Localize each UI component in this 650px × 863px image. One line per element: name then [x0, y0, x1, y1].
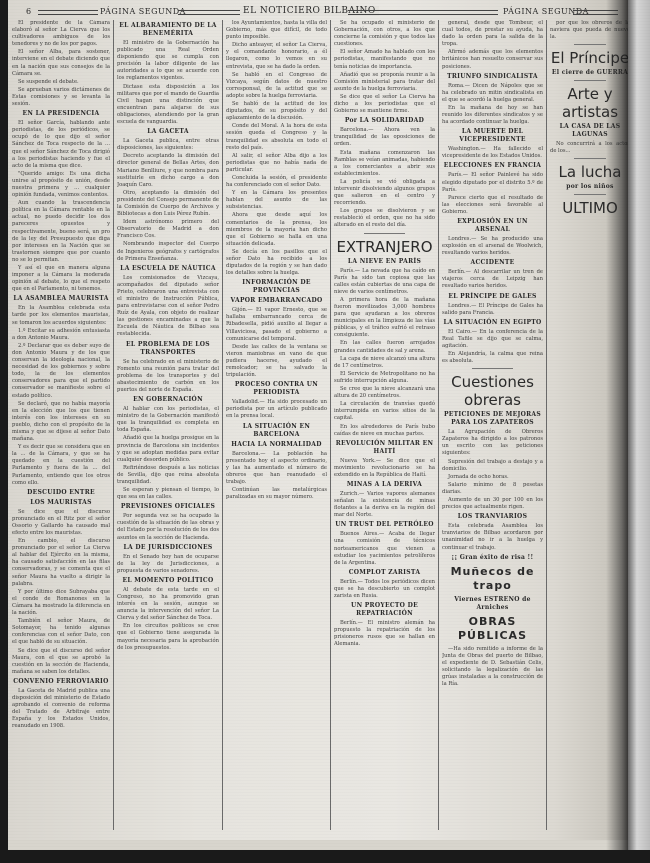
article-paragraph: La Gaceta publica, entre otras disposici… — [117, 138, 219, 152]
article-headline: ¡¡ Gran éxito de risa !! — [442, 554, 543, 562]
article-paragraph: Aun cuando la trascendencia política en … — [12, 200, 110, 264]
page-number: 6 — [26, 7, 31, 16]
article-paragraph: 2.º Declarar que es deber suyo de don An… — [12, 343, 110, 400]
article-paragraph: Idem astrónomo primero del Observatorio … — [117, 219, 219, 240]
article-paragraph: Por segunda vez se ha ocupado la cuestió… — [117, 513, 219, 541]
article-paragraph: Se decía en los pasillos que el señor Da… — [226, 249, 327, 277]
article-paragraph: El Servicio de Metropolitano no ha sufri… — [334, 371, 435, 385]
column-1: El presidente de la Cámara elaboró al se… — [12, 20, 110, 840]
article-headline: EL PRÍNCIPE DE GALES — [442, 293, 543, 301]
article-paragraph: En Alejandría, la calma que reina es abs… — [442, 351, 543, 365]
article-paragraph: Y por último dice Subrayaba que el conde… — [12, 589, 110, 617]
article-paragraph: Dicho anteayer, el señor La Cierva, y el… — [226, 42, 327, 70]
article-paragraph: Se dice que el discurso del señor Maura,… — [12, 648, 110, 676]
article-paragraph: Añadió que la huelga prosigue en la prov… — [117, 435, 219, 463]
article-headline: EL ALBARAMIENTO DE LA BENEMÉRITA — [117, 22, 219, 38]
article-headline: LA SITUACIÓN EN BARCELONA — [226, 423, 327, 439]
article-paragraph: Concluida la sesión, el presidente ha co… — [226, 175, 327, 189]
article-paragraph: El Cairo.— En la conferencia de la Real … — [442, 329, 543, 350]
article-headline: Viernes ESTRENO de Arniches — [442, 596, 543, 612]
article-paragraph: Se dice que el discurso pronunciado en e… — [12, 509, 110, 537]
article-paragraph: Se dice que el señor La Cierva ha dicho … — [334, 94, 435, 115]
article-paragraph: En la Asamblea celebrada esta tarde por … — [12, 305, 110, 326]
article-headline: OBRAS PÚBLICAS — [442, 615, 543, 643]
article-paragraph: Nueva York.— Se dice que el movimiento r… — [334, 458, 435, 479]
article-paragraph: En los alrededores de París hubo caídas … — [334, 424, 435, 438]
article-paragraph: Londres.— Se ha producido una explosión … — [442, 236, 543, 257]
column-4: Se ha ocupado el ministerio de Gobernaci… — [334, 20, 435, 840]
article-paragraph: Valladolid.— Ha sido procesado un period… — [226, 399, 327, 420]
article-paragraph: Continúan las metalúrgicas paralizadas e… — [226, 487, 327, 501]
article-paragraph: También el señor Maura, de Sotomayor, ha… — [12, 618, 110, 646]
article-paragraph: Barcelona.— La población ha presentado h… — [226, 451, 327, 486]
article-paragraph: Al salir, el señor Alba dijo a los perio… — [226, 153, 327, 174]
article-paragraph: Y es decir que se considera que en la ..… — [12, 444, 110, 487]
article-paragraph: París.— El señor Painlevé ha sido elegid… — [442, 172, 543, 193]
article-paragraph: Washington.— Ha fallecido el vicepreside… — [442, 146, 543, 160]
article-headline: LA SITUACIÓN EN EGIPTO — [442, 319, 543, 327]
article-paragraph: En la mañana de hoy se han reunido los d… — [442, 105, 543, 126]
article-headline: VAPOR EMBARRANCADO — [226, 297, 327, 305]
article-headline: MINAS A LA DERIVA — [334, 481, 435, 489]
article-paragraph: 1.º Excitar su adhesión entusiasta a don… — [12, 328, 110, 342]
article-paragraph: Salario mínimo de 8 pesetas diarias. — [442, 482, 543, 496]
article-paragraph: Berlín.— Todos los periódicos dicen que … — [334, 579, 435, 600]
article-headline: ACCIDENTE — [442, 259, 543, 267]
article-headline: LA GACETA — [117, 128, 219, 136]
article-paragraph: La circulación de tranvías quedó interru… — [334, 401, 435, 422]
article-paragraph: Se declaró, que no había mayoría en la e… — [12, 401, 110, 444]
article-paragraph: La Agrupación de Obreros Zapateros ha di… — [442, 429, 543, 457]
column-divider — [546, 20, 547, 830]
article-paragraph: Esta mañana comenzaron las Ramblas se ve… — [334, 150, 435, 178]
masthead-rule — [348, 10, 498, 15]
article-headline: Cuestiones obreras — [442, 373, 543, 409]
article-paragraph: El señor Amado ha hablado con los period… — [334, 49, 435, 70]
article-paragraph: "Querido amigo: Es una dicha unirse al p… — [12, 171, 110, 199]
column-divider — [222, 20, 223, 830]
article-headline: LA ASAMBLEA MAURISTA — [12, 295, 110, 303]
article-paragraph: Jornada de ocho horas. — [442, 474, 543, 481]
article-headline: INFORMACIÓN DE PROVINCIAS — [226, 279, 327, 295]
newspaper-page: 6 PÁGINA SEGUNDA EL NOTICIERO BILBAINO P… — [8, 0, 650, 850]
column-divider — [330, 20, 331, 830]
masthead-rule — [38, 10, 98, 15]
article-paragraph: Aumento de un 30 por 100 en los precios … — [442, 497, 543, 511]
article-headline: Por LA SOLIDARIDAD — [334, 117, 435, 125]
article-paragraph: Gijón.— El vapor Ernesto, que se hallaba… — [226, 307, 327, 342]
article-paragraph: Berlín.— El ministro alemán ha propuesto… — [334, 620, 435, 648]
article-paragraph: En el Senado hoy han de ocuparse de la l… — [117, 554, 219, 575]
article-headline: LA MUERTE DEL VICEPRESIDENTE — [442, 128, 543, 144]
article-paragraph: Otro, aceptando la dimisión del presiden… — [117, 190, 219, 218]
article-headline: PETICIONES DE MEJORAS PARA LOS ZAPATEROS — [442, 411, 543, 427]
article-paragraph: Los comisionados de Vizcaya, acompañados… — [117, 275, 219, 339]
article-headline: REVOLUCIÓN MILITAR EN HAITÍ — [334, 440, 435, 456]
article-headline: EXTRANJERO — [334, 238, 435, 256]
article-paragraph: El presidente de la Cámara elaboró al se… — [12, 20, 110, 48]
article-paragraph: Ahora que desde aquí los comentarios de … — [226, 212, 327, 247]
article-headline: LOS TRANVIARIOS — [442, 513, 543, 521]
column-2: EL ALBARAMIENTO DE LA BENEMÉRITAEl minis… — [117, 20, 219, 840]
article-headline: EL PROBLEMA DE LOS TRANSPORTES — [117, 341, 219, 357]
article-paragraph: Al debate de esta tarde en el Congreso, … — [117, 587, 219, 622]
masthead-left-label: PÁGINA SEGUNDA — [100, 7, 186, 16]
article-paragraph: Decreto aceptando la dimisión del direct… — [117, 153, 219, 188]
article-paragraph: Añadió que se proponía reunir a la Comis… — [334, 72, 435, 93]
article-paragraph: Se ha celebrado en el ministerio de Fome… — [117, 359, 219, 394]
article-paragraph: El ministro de la Gobernación ha publica… — [117, 40, 219, 83]
column-divider — [113, 20, 114, 830]
article-headline: HACIA LA NORMALIDAD — [226, 441, 327, 449]
masthead: 6 PÁGINA SEGUNDA EL NOTICIERO BILBAINO P… — [8, 4, 650, 18]
article-paragraph: En cambio, el discurso pronunciado por e… — [12, 538, 110, 588]
article-paragraph: Los grupos se disolvieron y se restablec… — [334, 208, 435, 229]
article-paragraph: Dictase esta disposición a los militares… — [117, 84, 219, 127]
article-paragraph: los Ayuntamientos, hasta la villa del Go… — [226, 20, 327, 41]
article-paragraph: El señor Alba, para sostener, interviene… — [12, 49, 110, 77]
article-headline: Muñecos de trapo — [442, 565, 543, 593]
article-headline: CONVENIO FERROVIARIO — [12, 678, 110, 686]
article-paragraph: La Gaceta de Madrid publica una disposic… — [12, 688, 110, 731]
article-paragraph: Se habló en el Congreso de Vizcaya, segú… — [226, 72, 327, 100]
article-paragraph: Zurich.— Varios vapores alemanes señalan… — [334, 491, 435, 519]
article-paragraph: —Ha sido remitido a informe de la Junta … — [442, 646, 543, 689]
article-headline: UN PROYECTO DE REPATRIACIÓN — [334, 602, 435, 618]
article-paragraph: Conde del Moral. A la hora de esta sesió… — [226, 123, 327, 151]
article-headline: LA ESCUELA DE NÁUTICA — [117, 265, 219, 273]
article-headline: TRIUNFO SINDICALISTA — [442, 73, 543, 81]
article-paragraph: Berlín.— Al descarrilar un tren de viaje… — [442, 269, 543, 290]
article-paragraph: Esta celebrada Asamblea los tranviarios … — [442, 523, 543, 551]
article-paragraph: Parece cierto que el resultado de las el… — [442, 195, 543, 216]
article-paragraph: Se suspende el debate. — [12, 79, 110, 86]
column-3: los Ayuntamientos, hasta la villa del Go… — [226, 20, 327, 840]
article-paragraph: Afirmó además que los elementos británic… — [442, 49, 543, 70]
article-headline: ELECCIONES EN FRANCIA — [442, 162, 543, 170]
article-headline: LA DE JURISDICCIONES — [117, 544, 219, 552]
article-paragraph: A primera hora de la mañana fueron movil… — [334, 297, 435, 340]
article-paragraph: Nombrando inspector del Cuerpo de Ingeni… — [117, 241, 219, 262]
article-headline: DESCUIDO ENTRE — [12, 489, 110, 497]
article-headline: EN GOBERNACIÓN — [117, 396, 219, 404]
article-headline: EXPLOSIÓN EN UN ARSENAL — [442, 218, 543, 234]
article-paragraph: Se esperan y piensan el tiempo, lo que s… — [117, 487, 219, 501]
article-headline: EN LA PRESIDENCIA — [12, 110, 110, 118]
article-headline: EL MOMENTO POLÍTICO — [117, 577, 219, 585]
article-paragraph: Se habló de la actitud de los diputados,… — [226, 101, 327, 122]
article-headline: COMPLOT ZARISTA — [334, 569, 435, 577]
column-divider — [438, 20, 439, 830]
article-paragraph: Roma.— Dicen de Nápoles que se ha celebr… — [442, 83, 543, 104]
article-paragraph: general, desde que Tombeur, el cual todo… — [442, 20, 543, 48]
article-paragraph: Y en la Cámara los presentes hablan del … — [226, 190, 327, 211]
article-paragraph: París.— La nevada que ha caído en París … — [334, 268, 435, 296]
article-headline: PROCESO CONTRA UN PERIODISTA — [226, 381, 327, 397]
article-headline: LOS MAURISTAS — [12, 499, 110, 507]
article-paragraph: Al hablar con los periodistas, el minist… — [117, 406, 219, 434]
article-paragraph: Se cree que la nieve alcanzará una altur… — [334, 386, 435, 400]
article-paragraph: Supresión del trabajo a destajo y a domi… — [442, 459, 543, 473]
article-paragraph: Refiriéndose después a las noticias de S… — [117, 465, 219, 486]
article-paragraph: Barcelona.— Ahora ven la tranquilidad de… — [334, 127, 435, 148]
column-5: general, desde que Tombeur, el cual todo… — [442, 20, 543, 840]
article-paragraph: En las calles fueron arrojados grandes c… — [334, 340, 435, 354]
article-paragraph: Londres.— El Príncipe de Gales ha salido… — [442, 303, 543, 317]
article-paragraph: Se ha ocupado el ministerio de Gobernaci… — [334, 20, 435, 48]
article-paragraph: Buenos Aires.— Acaba de llegar una comis… — [334, 531, 435, 566]
next-page-edge — [628, 0, 650, 850]
article-headline: UN TRUST DEL PETRÓLEO — [334, 521, 435, 529]
article-paragraph: En los circuitos políticos se cree que e… — [117, 623, 219, 651]
article-headline: PREVISIONES OFICIALES — [117, 503, 219, 511]
article-paragraph: La capa de nieve alcanzó una altura de 1… — [334, 356, 435, 370]
article-paragraph: El señor García, hablando ante periodist… — [12, 120, 110, 170]
article-paragraph: Y así el que en manera alguna imponer a … — [12, 265, 110, 293]
article-headline: LA NIEVE EN PARÍS — [334, 258, 435, 266]
article-paragraph: Desde las calles de la ventana se vieron… — [226, 344, 327, 379]
article-paragraph: La policía se vió obligada a intervenir … — [334, 179, 435, 207]
article-paragraph: Se aprueban varios dictámenes de Estas c… — [12, 87, 110, 108]
